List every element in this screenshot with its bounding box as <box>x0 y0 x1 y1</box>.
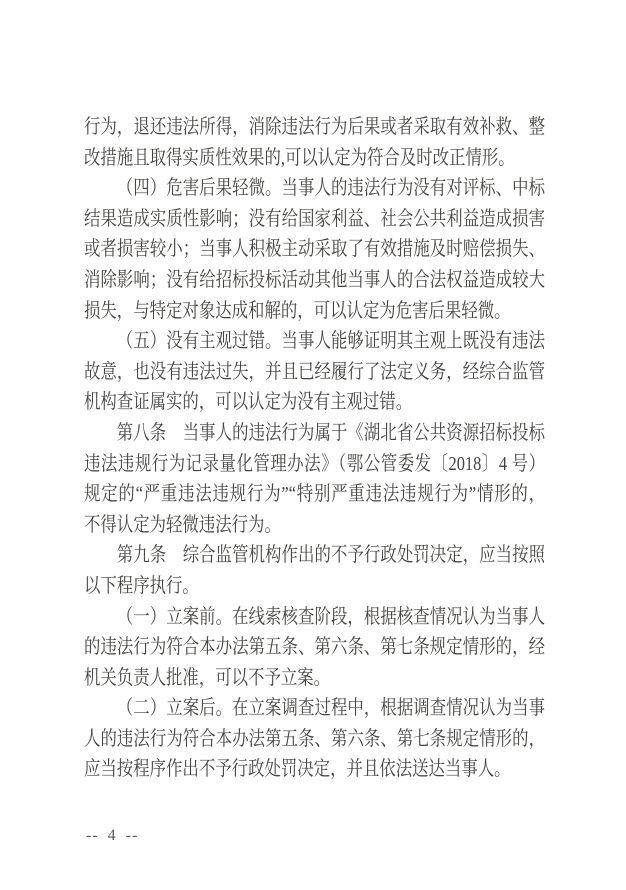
text-line: （四）危害后果轻微。当事人的违法行为没有对评标、中标 <box>84 173 545 204</box>
paragraph: 行为，退还违法所得，消除违法行为后果或者采取有效补救、整改措施且取得实质性效果的… <box>84 112 545 173</box>
paragraph: 第八条 当事人的违法行为属于《湖北省公共资源招标投标违法违规行为记录量化管理办法… <box>84 418 545 540</box>
text-line: 人的违法行为符合本办法第五条、第六条、第七条规定情形的， <box>84 724 545 755</box>
paragraph: （四）危害后果轻微。当事人的违法行为没有对评标、中标结果造成实质性影响；没有给国… <box>84 173 545 326</box>
text-line: 消除影响；没有给招标投标活动其他当事人的合法权益造成较大 <box>84 265 545 296</box>
text-line: 的违法行为符合本办法第五条、第六条、第七条规定情形的，经 <box>84 632 545 663</box>
text-line: 规定的“严重违法违规行为”“特别严重违法违规行为”情形的， <box>84 479 545 510</box>
page-number: -- 4 -- <box>86 826 138 846</box>
text-line: 违法违规行为记录量化管理办法》（鄂公管委发〔2018〕4 号） <box>84 449 545 480</box>
text-line: 行为，退还违法所得，消除违法行为后果或者采取有效补救、整 <box>84 112 545 143</box>
text-line: 机构查证属实的，可以认定为没有主观过错。 <box>84 387 545 418</box>
document-body: 行为，退还违法所得，消除违法行为后果或者采取有效补救、整改措施且取得实质性效果的… <box>84 112 545 785</box>
text-line: 机关负责人批准，可以不予立案。 <box>84 663 545 694</box>
text-line: 改措施且取得实质性效果的,可以认定为符合及时改正情形。 <box>84 143 545 174</box>
text-line: 故意，也没有违法过失，并且已经履行了法定义务，经综合监管 <box>84 357 545 388</box>
text-line: 损失，与特定对象达成和解的，可以认定为危害后果轻微。 <box>84 296 545 327</box>
text-line: （一）立案前。在线索核查阶段，根据核查情况认为当事人 <box>84 602 545 633</box>
paragraph: （一）立案前。在线索核查阶段，根据核查情况认为当事人的违法行为符合本办法第五条、… <box>84 602 545 694</box>
text-line: 或者损害较小；当事人积极主动采取了有效措施及时赔偿损失、 <box>84 234 545 265</box>
text-line: （五）没有主观过错。当事人能够证明其主观上既没有违法 <box>84 326 545 357</box>
paragraph: （二）立案后。在立案调查过程中，根据调查情况认为当事人的违法行为符合本办法第五条… <box>84 693 545 785</box>
text-line: 结果造成实质性影响；没有给国家利益、社会公共利益造成损害 <box>84 204 545 235</box>
text-line: 第九条 综合监管机构作出的不予行政处罚决定，应当按照 <box>84 540 545 571</box>
text-line: 应当按程序作出不予行政处罚决定，并且依法送达当事人。 <box>84 754 545 785</box>
document-page: 行为，退还违法所得，消除违法行为后果或者采取有效补救、整改措施且取得实质性效果的… <box>0 0 626 890</box>
text-line: （二）立案后。在立案调查过程中，根据调查情况认为当事 <box>84 693 545 724</box>
text-line: 不得认定为轻微违法行为。 <box>84 510 545 541</box>
paragraph: 第九条 综合监管机构作出的不予行政处罚决定，应当按照以下程序执行。 <box>84 540 545 601</box>
text-line: 第八条 当事人的违法行为属于《湖北省公共资源招标投标 <box>84 418 545 449</box>
text-line: 以下程序执行。 <box>84 571 545 602</box>
paragraph: （五）没有主观过错。当事人能够证明其主观上既没有违法故意，也没有违法过失，并且已… <box>84 326 545 418</box>
